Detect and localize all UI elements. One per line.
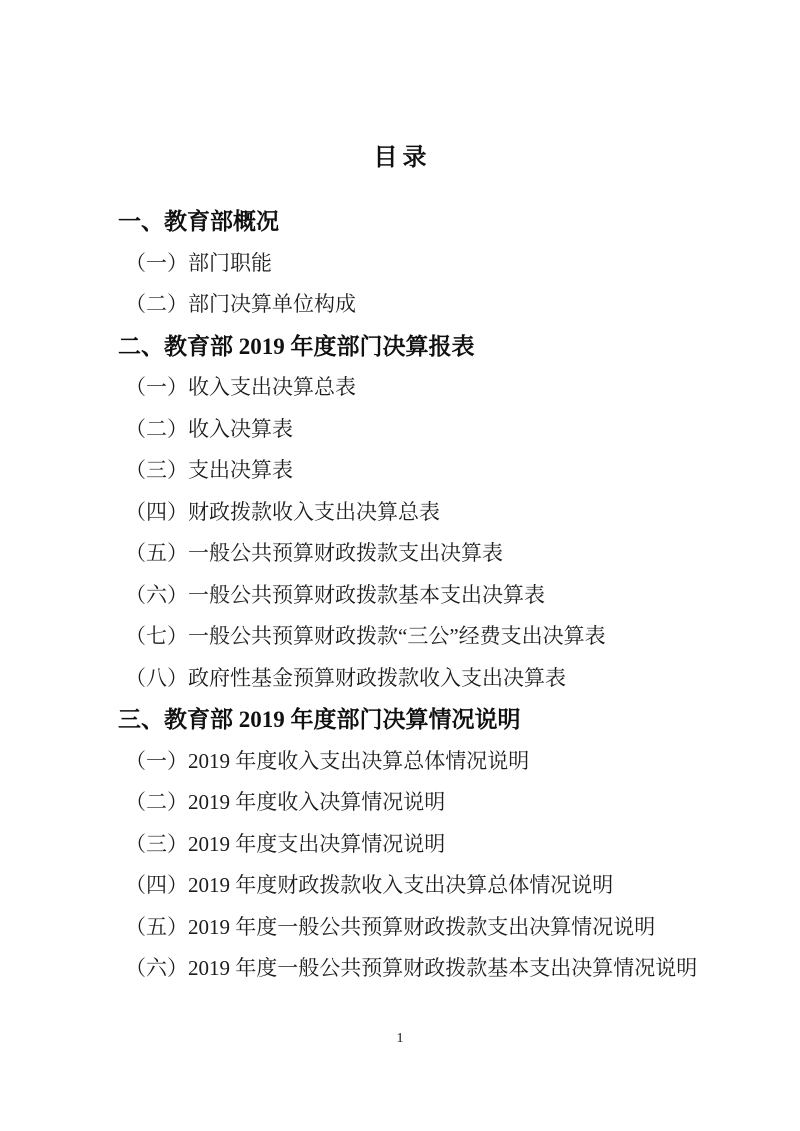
toc-item: （一）收入支出决算总表 — [100, 367, 700, 409]
toc-item: （四）财政拨款收入支出决算总表 — [100, 492, 700, 534]
toc-item: （二）部门决算单位构成 — [100, 284, 700, 326]
toc-item: （五）一般公共预算财政拨款支出决算表 — [100, 533, 700, 575]
toc-item: （七）一般公共预算财政拨款“三公”经费支出决算表 — [100, 616, 700, 658]
toc-section-heading: 一、教育部概况 — [100, 201, 700, 243]
toc-item: （六）一般公共预算财政拨款基本支出决算表 — [100, 575, 700, 617]
toc-item: （八）政府性基金预算财政拨款收入支出决算表 — [100, 658, 700, 700]
toc-item: （六）2019 年度一般公共预算财政拨款基本支出决算情况说明 — [100, 948, 700, 1031]
document-page: 目录 一、教育部概况 （一）部门职能 （二）部门决算单位构成 二、教育部 201… — [0, 0, 800, 1131]
toc-item: （二）2019 年度收入决算情况说明 — [100, 782, 700, 824]
page-number: 1 — [0, 1031, 800, 1047]
table-of-contents: 一、教育部概况 （一）部门职能 （二）部门决算单位构成 二、教育部 2019 年… — [100, 201, 700, 1031]
toc-item: （二）收入决算表 — [100, 409, 700, 451]
toc-item: （三）支出决算表 — [100, 450, 700, 492]
toc-item: （四）2019 年度财政拨款收入支出决算总体情况说明 — [100, 865, 700, 907]
toc-item: （一）部门职能 — [100, 243, 700, 285]
toc-item: （五）2019 年度一般公共预算财政拨款支出决算情况说明 — [100, 907, 700, 949]
toc-section-heading: 三、教育部 2019 年度部门决算情况说明 — [100, 699, 700, 741]
toc-section-heading: 二、教育部 2019 年度部门决算报表 — [100, 326, 700, 368]
toc-item: （一）2019 年度收入支出决算总体情况说明 — [100, 741, 700, 783]
toc-item: （三）2019 年度支出决算情况说明 — [100, 824, 700, 866]
page-title: 目录 — [0, 143, 800, 173]
